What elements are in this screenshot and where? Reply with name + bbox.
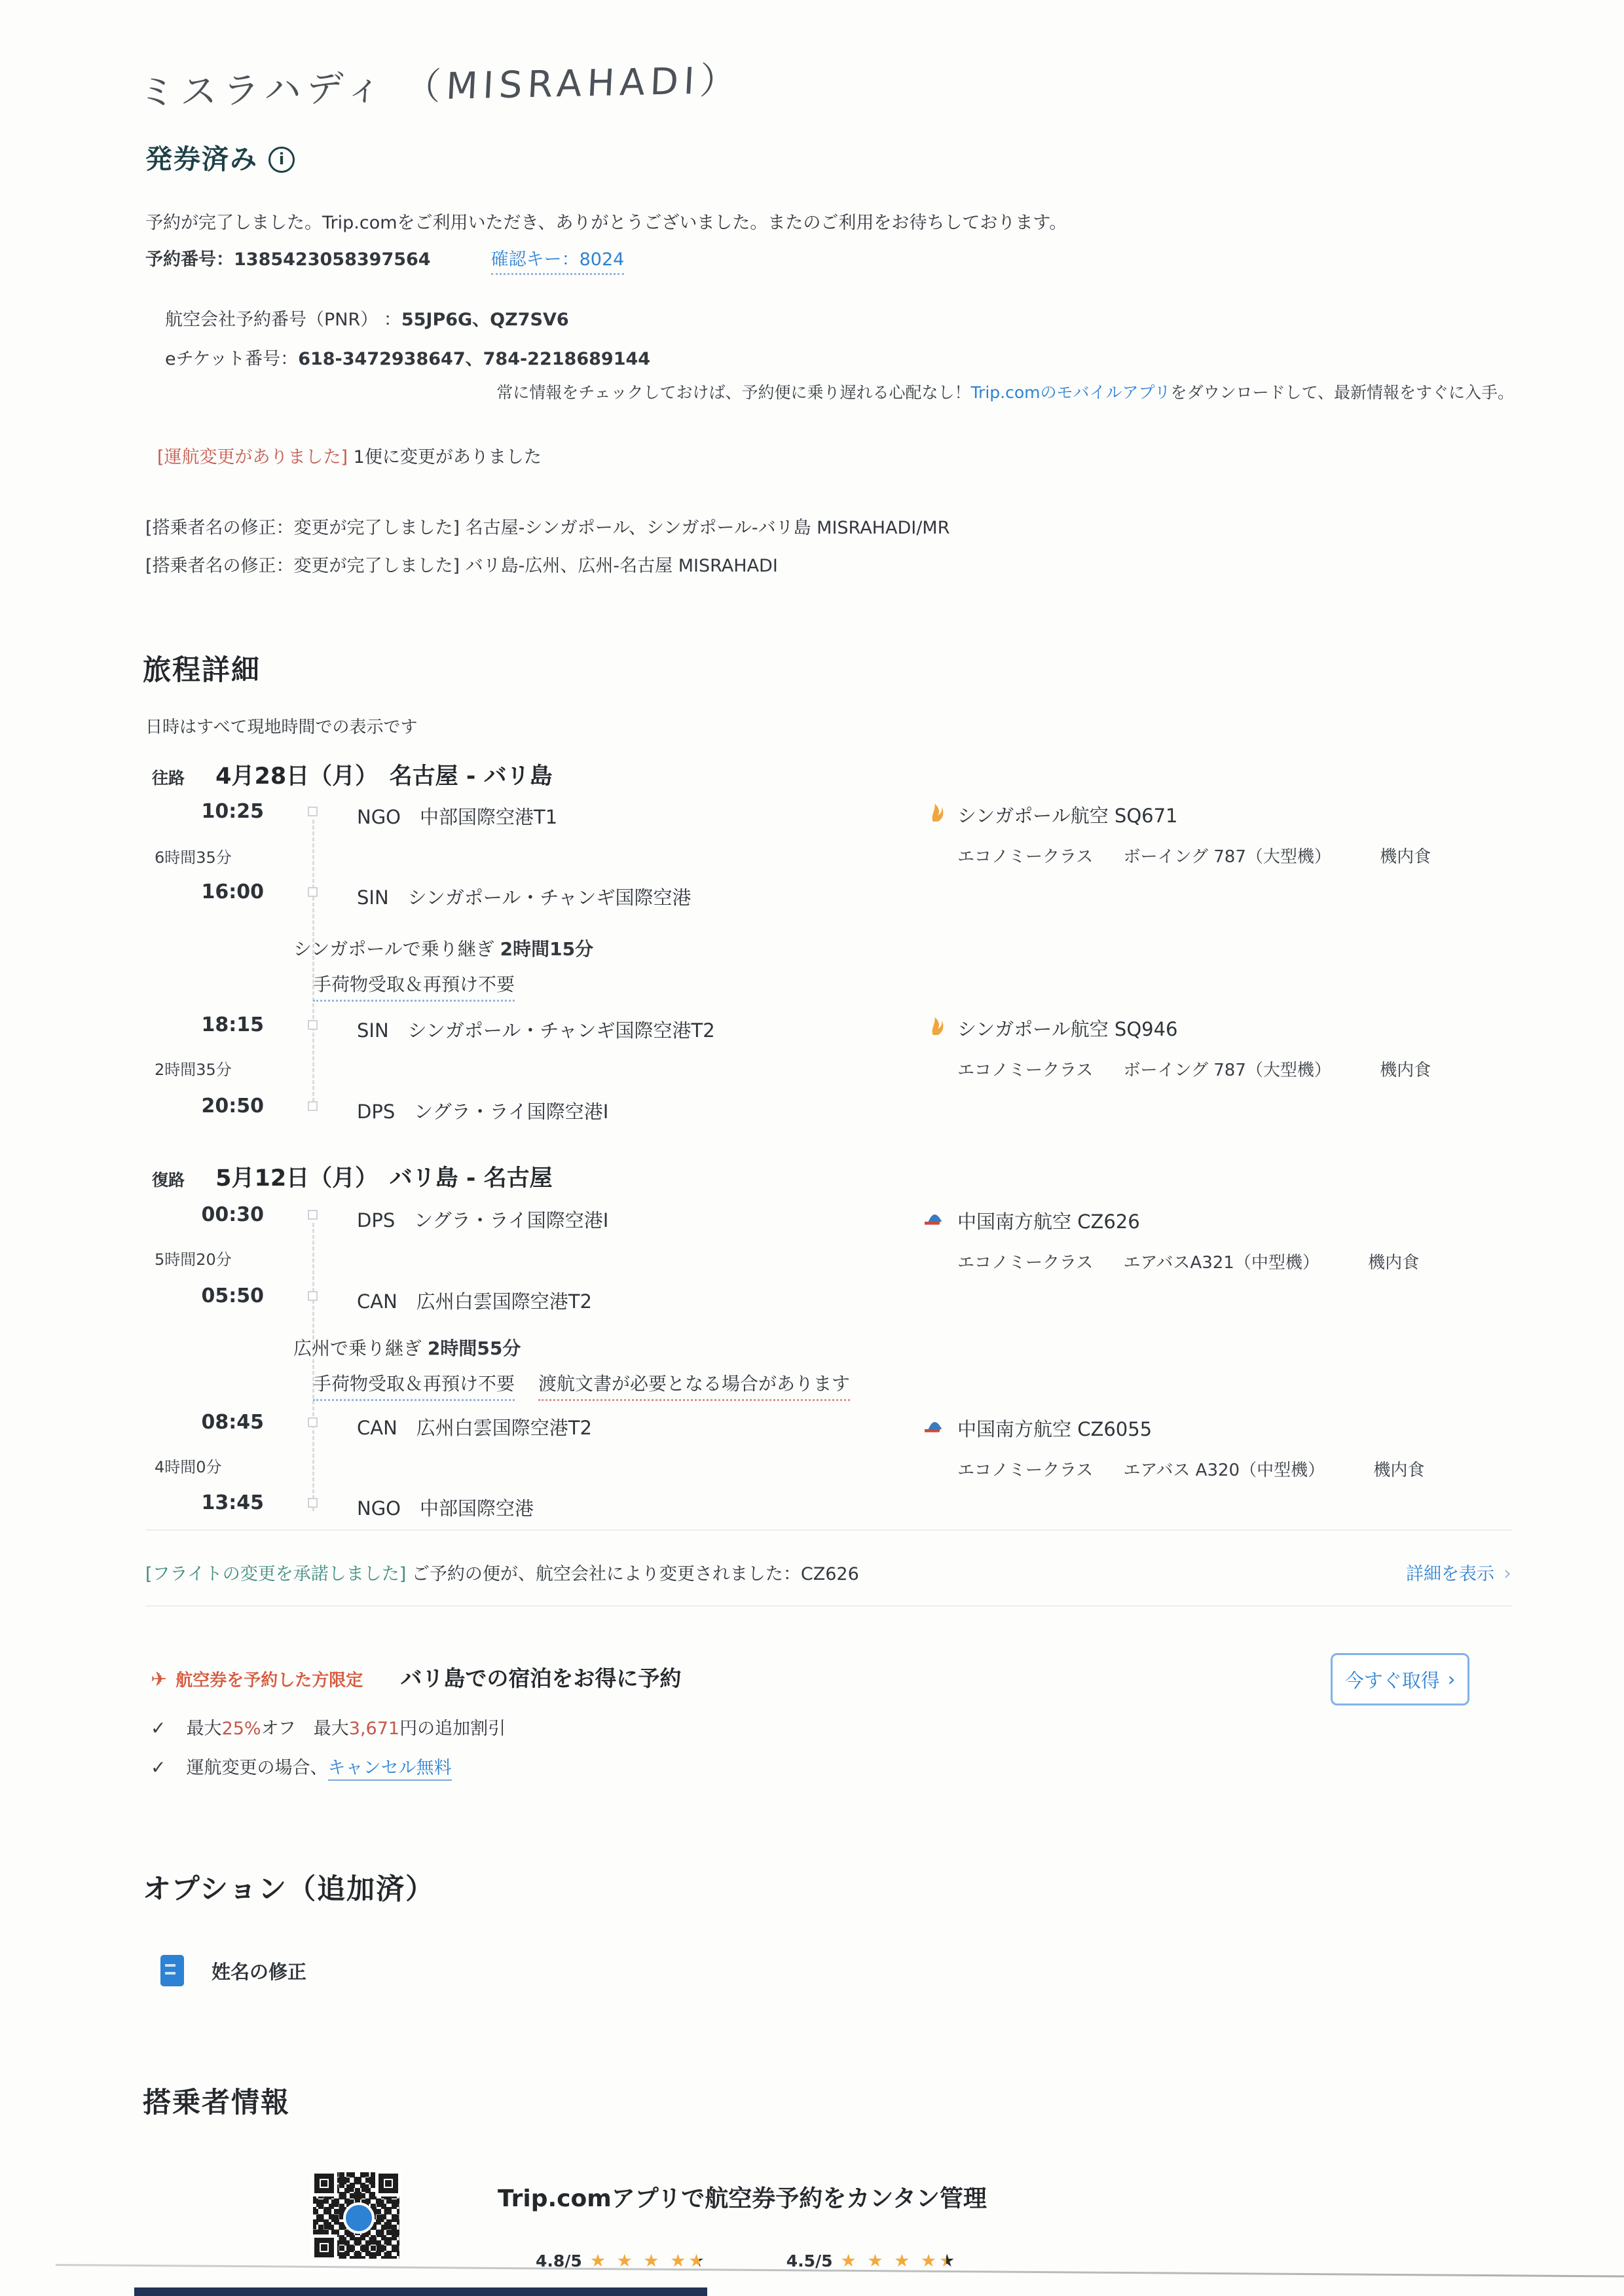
- segment-departure-row: 08:45: [175, 1411, 264, 1434]
- aircraft: エアバス A320（中型機）: [1124, 1457, 1325, 1481]
- bottom-navy-bar: [134, 2287, 707, 2296]
- aircraft: ボーイング 787（大型機）: [1124, 843, 1331, 867]
- cabin-class: エコノミークラス: [957, 1457, 1093, 1481]
- china-southern-logo-icon: [925, 1206, 946, 1227]
- divider: [145, 1529, 1513, 1531]
- segment-arrival-row: 13:45: [175, 1491, 264, 1514]
- baggage-through-link[interactable]: 手荷物受取＆再預け不要: [313, 1370, 515, 1401]
- flight-details: エコノミークラス ボーイング 787（大型機） 機内食: [957, 843, 1431, 867]
- promo-badge: 航空券を予約した方限定: [175, 1671, 363, 1690]
- options-title: オプション（追加済）: [143, 1867, 435, 1907]
- stop-marker: [308, 1291, 318, 1301]
- segment-duration: 2時間35分: [155, 1057, 232, 1080]
- app-note-post: をダウンロードして、最新情報をすぐに入手。: [1170, 383, 1514, 402]
- outbound-label: 往路: [152, 769, 185, 788]
- singapore-airlines-logo-icon: [927, 800, 944, 822]
- promo-bullet-cancel: ✓ 運航変更の場合、キャンセル無料: [151, 1753, 452, 1779]
- segment-arrival-row: 05:50: [175, 1285, 264, 1307]
- flight-change-text: ご予約の便が、航空会社により変更されました：CZ626: [412, 1564, 859, 1584]
- confirmation-message: 予約が完了しました。Trip.comをご利用いただき、ありがとうございました。ま…: [145, 208, 1067, 234]
- stop-marker: [308, 1498, 318, 1508]
- bullet-text: 運航変更の場合、: [187, 1758, 328, 1778]
- status-heading: 発券済みi: [145, 137, 295, 176]
- arrival-time: 16:00: [175, 881, 264, 903]
- airline-flight: 中国南方航空 CZ626: [957, 1207, 1140, 1234]
- segment-departure-row: 18:15: [175, 1013, 264, 1036]
- airline-flight: 中国南方航空 CZ6055: [957, 1415, 1152, 1442]
- transfer-city: 広州で乗り継ぎ: [293, 1338, 422, 1359]
- segment-departure-row: 10:25: [175, 800, 264, 823]
- cabin-class: エコノミークラス: [957, 1249, 1093, 1273]
- booking-number-label: 予約番号：: [145, 249, 234, 270]
- transfer-note: 広州で乗り継ぎ 2時間55分: [293, 1334, 521, 1360]
- discount-percent: 25%: [222, 1719, 261, 1739]
- arrival-airport: SIN シンガポール・チャンギ国際空港: [357, 883, 691, 910]
- app-qr-code: [313, 2172, 399, 2259]
- option-item-name-correction[interactable]: 姓名の修正: [160, 1955, 306, 1986]
- outbound-date-route: 4月28日（月） 名古屋 - バリ島: [215, 763, 552, 790]
- outbound-header: 往路 4月28日（月） 名古屋 - バリ島: [152, 758, 553, 791]
- stop-marker: [308, 807, 318, 816]
- departure-time: 00:30: [175, 1203, 264, 1226]
- segment-duration: 4時間0分: [155, 1454, 222, 1477]
- arrival-time: 05:50: [175, 1285, 264, 1307]
- inbound-label: 復路: [152, 1171, 185, 1190]
- arrival-time: 13:45: [175, 1491, 264, 1514]
- name-correction-tag: [搭乗者名の修正：変更が完了しました]: [145, 556, 460, 576]
- info-icon[interactable]: i: [268, 147, 295, 173]
- segment-duration: 6時間35分: [155, 845, 232, 867]
- transfer-city: シンガポールで乗り継ぎ: [293, 938, 494, 960]
- aircraft: エアバスA321（中型機）: [1124, 1249, 1319, 1273]
- operation-change-tag: [運航変更がありました]: [157, 447, 348, 467]
- departure-time: 18:15: [175, 1013, 264, 1036]
- rating-score: 4.5/5: [786, 2251, 833, 2270]
- stop-marker: [308, 1020, 318, 1030]
- status-title: 発券済み: [145, 143, 258, 175]
- trip-booking-confirmation-page: ミスラハディ （MISRAHADI） 発券済みi 予約が完了しました。Trip.…: [0, 0, 1624, 2296]
- china-southern-logo-icon: [925, 1413, 946, 1434]
- departure-airport: CAN 広州白雲国際空港T2: [357, 1413, 592, 1440]
- app-download-note: 常に情報をチェックしておけば、予約便に乗り遅れる心配なし！Trip.comのモバ…: [496, 380, 1514, 403]
- name-correction-tag: [搭乗者名の修正：変更が完了しました]: [145, 518, 460, 538]
- stop-marker: [308, 887, 318, 897]
- operation-change-notice: [運航変更がありました] 1便に変更がありました: [157, 443, 542, 468]
- departure-time: 08:45: [175, 1411, 264, 1434]
- meal: 機内食: [1373, 1457, 1424, 1481]
- departure-time: 10:25: [175, 800, 264, 823]
- inbound-timeline: [312, 1223, 314, 1511]
- cabin-class: エコノミークラス: [957, 1057, 1093, 1081]
- baggage-through-link[interactable]: 手荷物受取＆再預け不要: [313, 970, 515, 1002]
- chevron-right-icon: ›: [1448, 1668, 1456, 1690]
- star-icons: ★ ★ ★ ★: [841, 2251, 940, 2271]
- booking-number-value: 1385423058397564: [234, 249, 431, 270]
- segment-departure-row: 00:30: [175, 1203, 264, 1226]
- timezone-note: 日時はすべて現地時間での表示です: [145, 714, 417, 738]
- segment-arrival-row: 16:00: [175, 881, 264, 903]
- eticket-row: eチケット番号：618-3472938647、784-2218689144: [165, 344, 650, 370]
- flight-change-tag: [フライトの変更を承諾しました]: [145, 1564, 406, 1584]
- inbound-date-route: 5月12日（月） バリ島 - 名古屋: [215, 1165, 552, 1192]
- plane-icon: ✈: [151, 1668, 167, 1691]
- option-item-label: 姓名の修正: [212, 1958, 306, 1984]
- bullet-text: 円の追加割引: [399, 1719, 506, 1739]
- arrival-airport: NGO 中部国際空港: [357, 1494, 534, 1521]
- meal: 機内食: [1368, 1249, 1419, 1273]
- chevron-right-icon: ›: [1504, 1562, 1511, 1585]
- singapore-airlines-logo-icon: [927, 1013, 944, 1036]
- meal: 機内食: [1380, 843, 1431, 867]
- segment-arrival-row: 20:50: [175, 1095, 264, 1118]
- stop-marker: [308, 1101, 318, 1111]
- pnr-value: 55JP6G、QZ7SV6: [401, 310, 569, 330]
- cabin-class: エコノミークラス: [957, 843, 1093, 867]
- confirm-key-link[interactable]: 確認キー：8024: [491, 249, 625, 275]
- outbound-timeline: [312, 820, 314, 1108]
- flight-change-accepted-row: [フライトの変更を承諾しました] ご予約の便が、航空会社により変更されました：C…: [145, 1559, 859, 1585]
- inbound-header: 復路 5月12日（月） バリ島 - 名古屋: [152, 1160, 553, 1193]
- departure-airport: DPS ングラ・ライ国際空港I: [357, 1206, 608, 1233]
- passenger-info-title: 搭乗者情報: [143, 2081, 290, 2121]
- check-icon: ✓: [151, 1757, 166, 1778]
- discount-amount: 3,671: [349, 1719, 399, 1739]
- eticket-label: eチケット番号：: [165, 349, 298, 369]
- transfer-note: シンガポールで乗り継ぎ 2時間15分: [293, 935, 593, 961]
- flight-details: エコノミークラス エアバスA321（中型機） 機内食: [957, 1249, 1419, 1273]
- segment-duration: 5時間20分: [155, 1247, 232, 1269]
- name-correction-text: バリ島-広州、広州-名古屋 MISRAHADI: [466, 556, 778, 576]
- divider: [145, 1605, 1513, 1607]
- transfer-duration: 2時間55分: [428, 1338, 521, 1359]
- handwritten-passenger-name: ミスラハディ （MISRAHADI）: [138, 51, 743, 116]
- document-icon: [160, 1955, 184, 1986]
- pnr-row: 航空会社予約番号（PNR） ：55JP6G、QZ7SV6: [165, 305, 569, 331]
- operation-change-text: 1便に変更がありました: [354, 447, 542, 467]
- free-cancel-link[interactable]: キャンセル無料: [328, 1758, 452, 1781]
- departure-airport: SIN シンガポール・チャンギ国際空港T2: [357, 1016, 715, 1043]
- check-icon: ✓: [151, 1717, 166, 1739]
- name-correction-text: 名古屋-シンガポール、シンガポール-バリ島 MISRAHADI/MR: [466, 518, 950, 538]
- star-partial-icon: ★: [939, 2251, 955, 2271]
- promo-bullet-discount: ✓ 最大25%オフ 最大3,671円の追加割引: [151, 1714, 506, 1740]
- app-banner-title: Trip.comアプリで航空券予約をカンタン管理: [498, 2180, 987, 2214]
- get-now-button[interactable]: 今すぐ取得›: [1331, 1653, 1469, 1705]
- promo-title: バリ島での宿泊をお得に予約: [400, 1666, 681, 1691]
- arrival-airport: DPS ングラ・ライ国際空港I: [357, 1097, 608, 1124]
- bullet-text: 最大: [187, 1719, 222, 1739]
- itinerary-title: 旅程詳細: [143, 648, 261, 688]
- airline-flight: シンガポール航空 SQ946: [957, 1015, 1178, 1042]
- aircraft: ボーイング 787（大型機）: [1124, 1057, 1331, 1081]
- arrival-time: 20:50: [175, 1095, 264, 1118]
- airline-flight: シンガポール航空 SQ671: [957, 801, 1178, 828]
- departure-airport: NGO 中部国際空港T1: [357, 803, 557, 829]
- mobile-app-link[interactable]: Trip.comのモバイルアプリ: [970, 383, 1170, 402]
- name-correction-row-2: [搭乗者名の修正：変更が完了しました] バリ島-広州、広州-名古屋 MISRAH…: [145, 551, 778, 577]
- name-correction-row-1: [搭乗者名の修正：変更が完了しました] 名古屋-シンガポール、シンガポール-バリ…: [145, 513, 950, 539]
- trip-logo-dot: [343, 2202, 375, 2234]
- arrival-airport: CAN 広州白雲国際空港T2: [357, 1287, 592, 1314]
- show-details-link[interactable]: 詳細を表示›: [1406, 1559, 1511, 1585]
- travel-document-warning-link[interactable]: 渡航文書が必要となる場合があります: [538, 1370, 850, 1401]
- meal: 機内食: [1380, 1057, 1431, 1081]
- stop-marker: [308, 1210, 318, 1220]
- booking-number-row: 予約番号：1385423058397564確認キー：8024: [145, 245, 624, 270]
- flight-details: エコノミークラス エアバス A320（中型機） 機内食: [957, 1457, 1424, 1481]
- hotel-promo-header: ✈ 航空券を予約した方限定 バリ島での宿泊をお得に予約: [151, 1662, 681, 1692]
- app-note-pre: 常に情報をチェックしておけば、予約便に乗り遅れる心配なし！: [496, 383, 970, 402]
- bullet-text: オフ 最大: [261, 1719, 349, 1739]
- pnr-label: 航空会社予約番号（PNR） ：: [165, 310, 401, 330]
- eticket-value: 618-3472938647、784-2218689144: [298, 349, 650, 369]
- transfer-duration: 2時間15分: [500, 938, 593, 960]
- stop-marker: [308, 1417, 318, 1427]
- flight-details: エコノミークラス ボーイング 787（大型機） 機内食: [957, 1057, 1431, 1081]
